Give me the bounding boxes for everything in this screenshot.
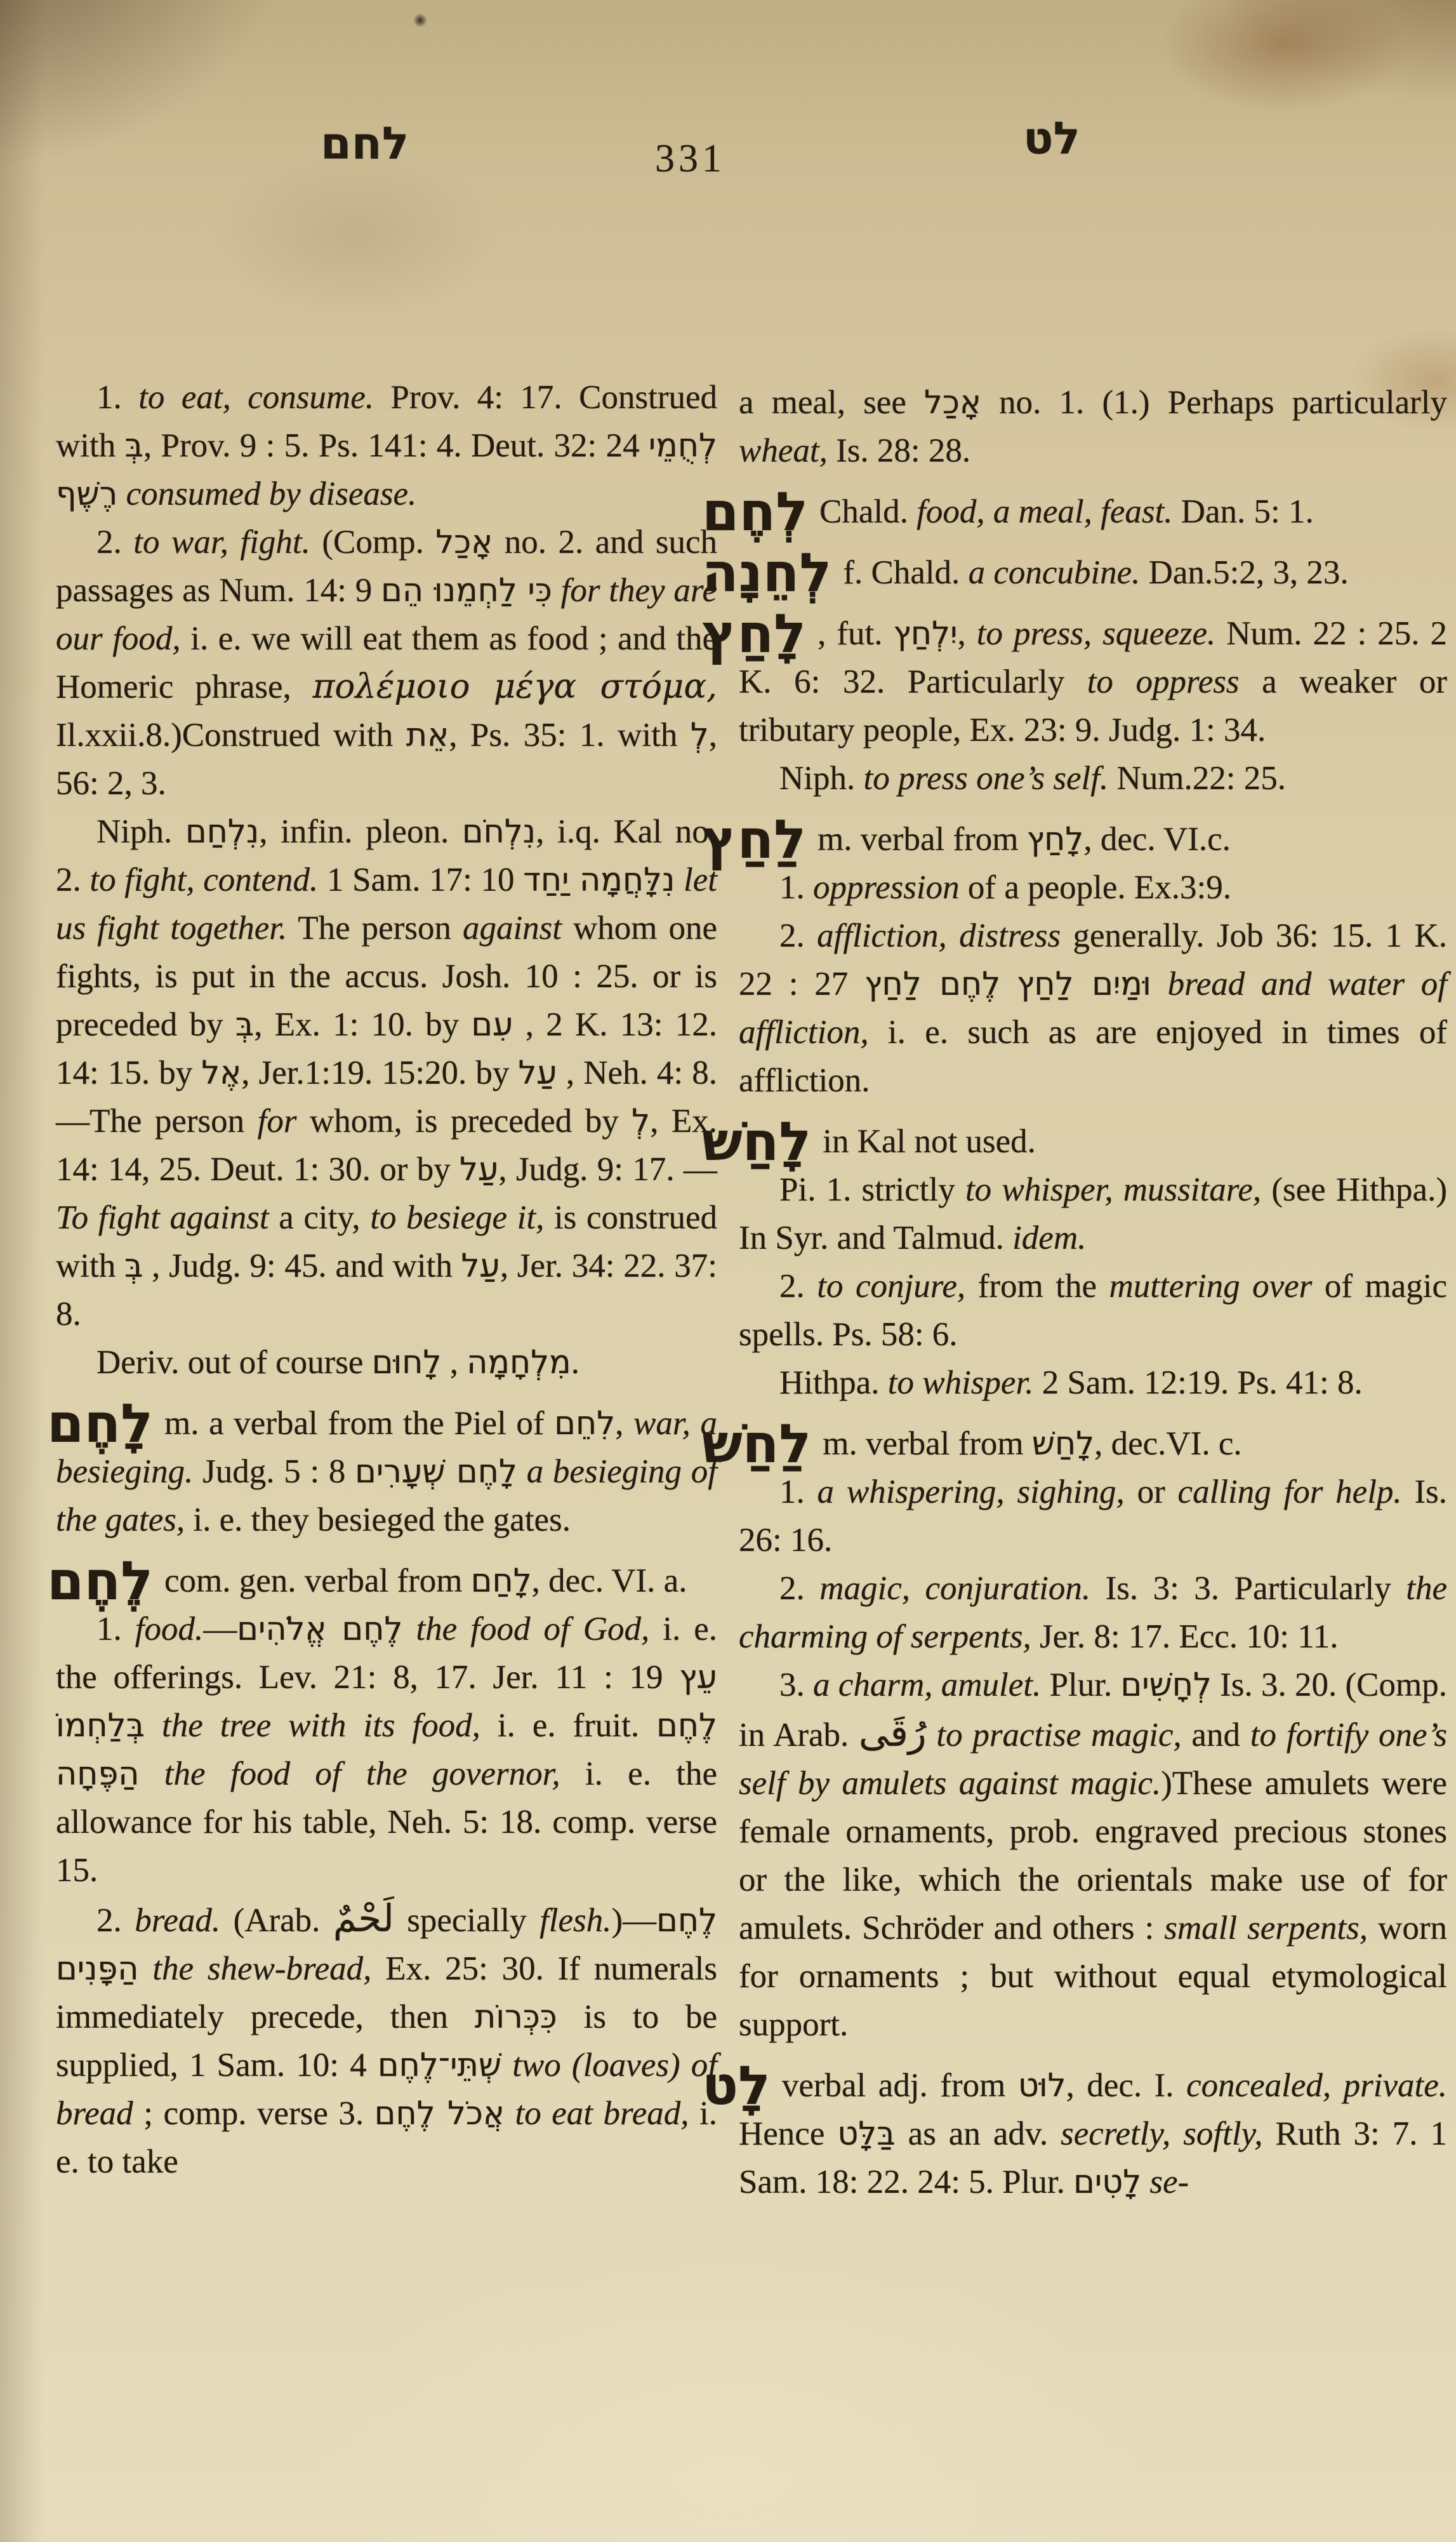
text-segment: עַל	[460, 1150, 498, 1188]
text-segment: no. 1. (1.) Perhaps particularly	[981, 384, 1447, 421]
text-segment: לִחֵם	[554, 1404, 615, 1442]
text-segment: 1.	[779, 869, 813, 906]
paragraph: Niph. to press one’s self. Num.22: 25.	[739, 754, 1447, 802]
text-segment: אָכַל	[924, 383, 981, 421]
paragraph: 2. to war, fight. (Comp. אָכַל no. 2. an…	[56, 518, 717, 808]
page-number: 331	[655, 135, 725, 183]
entry-paragraph: לָחַשׁ in Kal not used.	[739, 1117, 1447, 1166]
hebrew-headword: לָחֶם	[47, 1399, 153, 1447]
text-segment: Is. 3: 3. Particularly	[1090, 1570, 1406, 1607]
text-segment: לָטִים	[1073, 2163, 1141, 2200]
text-segment: )—	[611, 1902, 656, 1939]
hebrew-headword: לֶחֶם	[47, 1557, 153, 1605]
text-segment: m. verbal from	[823, 1425, 1032, 1462]
text-segment: לְחָשִׁים	[1121, 1666, 1212, 1703]
text-segment: to eat, consume.	[138, 379, 374, 416]
text-segment: against	[463, 910, 562, 947]
text-segment: (Comp.	[310, 524, 436, 561]
text-segment: 2 Sam. 12:19. Ps. 41: 8.	[1033, 1364, 1362, 1401]
text-segment: a whispering, sighing,	[817, 1474, 1125, 1510]
text-segment: لَحْمٌ	[333, 1896, 394, 1940]
text-segment: 1.	[779, 1474, 817, 1510]
paragraph: Deriv. out of course לָחוּם , מִלְחָמָה.	[56, 1338, 717, 1387]
text-segment: בְּ	[125, 427, 143, 464]
text-segment: Deriv. out of course	[96, 1344, 372, 1381]
paragraph: 2. affliction, distress generally. Job 3…	[739, 912, 1447, 1105]
text-segment: אֲכֹל לֶחֶם	[374, 2094, 505, 2132]
text-segment: עַל	[519, 1054, 557, 1091]
text-segment: Chald.	[819, 493, 917, 530]
text-segment: idem.	[1012, 1220, 1086, 1256]
text-segment: לָחַשׁ	[1032, 1425, 1094, 1462]
text-segment: f. Chald.	[843, 554, 968, 591]
paragraph: 2. magic, conjuration. Is. 3: 3. Particu…	[739, 1564, 1447, 1661]
entry-paragraph: לֶחֶם com. gen. verbal from לָחַם, dec. …	[56, 1557, 717, 1605]
text-segment: Pi. 1. strictly	[779, 1171, 965, 1208]
text-segment	[505, 2095, 515, 2132]
text-segment	[139, 1950, 153, 1987]
paragraph: Niph. נִלְחַם, infin. pleon. נִלְחֹם, i.…	[56, 808, 717, 1338]
text-segment: a meal, see	[739, 384, 924, 421]
text-segment: verbal adj. from	[782, 2067, 1018, 2104]
text-segment: to whisper.	[888, 1364, 1034, 1401]
text-segment: food, a meal, feast.	[917, 493, 1172, 530]
text-segment: (Arab.	[220, 1902, 333, 1939]
text-segment	[117, 476, 126, 512]
text-segment: לָחֶם שְׁעָרִים	[355, 1453, 517, 1490]
paragraph: 1. a whispering, sighing, or calling for…	[739, 1468, 1447, 1564]
text-segment: bread.	[135, 1902, 220, 1939]
text-segment: to press, squeeze.	[977, 615, 1216, 652]
paragraph: 2. bread. (Arab. لَحْمٌ specially flesh.…	[56, 1894, 717, 2186]
text-segment: , Judg. 9: 17. —	[498, 1151, 717, 1188]
text-segment: concealed, private.	[1186, 2067, 1447, 2104]
text-segment: 1.	[96, 1611, 135, 1647]
text-segment: calling for help.	[1178, 1474, 1402, 1510]
entry-paragraph: לַחַץ m. verbal from לָחַץ, dec. VI.c.	[739, 815, 1447, 863]
paragraph: a meal, see אָכַל no. 1. (1.) Perhaps pa…	[739, 378, 1447, 475]
hebrew-headword: לַחַשׁ	[702, 1420, 811, 1468]
text-segment: , dec. VI. a.	[532, 1562, 687, 1599]
text-segment: to eat bread,	[515, 2095, 689, 2132]
text-segment: رُقَى	[859, 1711, 927, 1755]
text-segment: Niph.	[779, 760, 864, 797]
text-segment: small serpents,	[1164, 1910, 1368, 1946]
paragraph: Hithpa. to whisper. 2 Sam. 12:19. Ps. 41…	[739, 1359, 1447, 1407]
text-segment: as an adv.	[896, 2115, 1061, 2152]
text-segment: The person	[287, 910, 463, 947]
text-segment: 2.	[779, 1268, 817, 1305]
text-segment: 1 Sam. 17: 10	[318, 862, 523, 898]
text-segment: אָכַל	[435, 523, 493, 561]
text-segment	[145, 1707, 162, 1744]
hebrew-headword: לָחַשׁ	[702, 1117, 811, 1166]
text-segment: to conjure,	[817, 1268, 965, 1305]
text-segment: , Prov. 9 : 5. Ps. 141: 4. Deut. 32: 24	[143, 427, 649, 464]
text-segment: נִלְחֹם	[462, 813, 536, 850]
text-segment: secretly, softly,	[1061, 2115, 1262, 2152]
text-segment: ,	[957, 615, 976, 652]
text-segment: Hence	[739, 2115, 837, 2152]
text-segment: for	[258, 1103, 297, 1140]
text-segment: magic, conjuration.	[819, 1570, 1090, 1607]
text-segment: .	[571, 1344, 579, 1381]
text-segment: לָחַם	[471, 1562, 532, 1599]
text-segment: עִם	[471, 1006, 513, 1043]
text-segment: of a people. Ex.3:9.	[960, 869, 1231, 906]
text-segment: to war, fight.	[133, 524, 310, 561]
text-segment: , dec.VI. c.	[1094, 1425, 1242, 1462]
text-segment: לְ	[691, 716, 709, 754]
text-segment: to fight, contend.	[89, 862, 318, 898]
text-segment: נִלָּחֲמָה יַחַד	[523, 861, 675, 898]
text-segment: וּמַיִם לַחַץ	[1017, 965, 1151, 1002]
text-segment: 2.	[96, 1902, 135, 1939]
text-segment: לֶחֶם לַחַץ	[864, 965, 1000, 1002]
text-segment: עַל	[461, 1247, 500, 1284]
text-segment: בַּלָּט	[837, 2115, 895, 2152]
text-segment: Num.22: 25.	[1108, 760, 1286, 797]
paragraph: 1. food.—לֶחֶם אֱלֹהִים the food of God,…	[56, 1605, 717, 1894]
text-segment: שְׁתֵּי־לֶחֶם	[378, 2046, 501, 2084]
text-segment: i. e. fruit.	[480, 1707, 656, 1744]
text-segment: muttering over	[1109, 1268, 1313, 1305]
text-segment: Niph.	[96, 813, 185, 850]
text-segment: לוּט	[1018, 2066, 1066, 2104]
text-segment: 1.	[96, 379, 138, 416]
text-segment: Judg. 5 : 8	[193, 1453, 355, 1490]
paragraph: 3. a charm, amulet. Plur. לְחָשִׁים Is. …	[739, 1661, 1447, 2049]
text-segment: יִלְחַץ	[893, 615, 957, 652]
text-segment: com. gen. verbal from	[164, 1562, 471, 1599]
hebrew-headword: לַחַץ	[702, 815, 806, 863]
text-segment: the food of the governor,	[164, 1755, 560, 1792]
header-catchword-right: לט	[1023, 114, 1080, 163]
text-segment	[675, 862, 684, 898]
text-segment: ; comp. verse 3.	[133, 2095, 374, 2132]
text-segment	[927, 1717, 937, 1753]
text-segment: לָחוּם	[372, 1343, 442, 1381]
text-segment: to practise magic,	[936, 1717, 1181, 1753]
text-segment: Plur.	[1041, 1667, 1120, 1703]
text-segment: affliction, distress	[817, 917, 1061, 954]
text-segment: πολέμοιο μέγα στόμα,	[313, 667, 717, 706]
text-segment	[552, 572, 561, 609]
text-segment	[1141, 2164, 1149, 2200]
text-segment: נִלְחַם	[185, 813, 259, 850]
text-segment: food.	[135, 1611, 203, 1647]
text-segment: כִּכְּרוֹת	[475, 1998, 557, 2035]
text-segment: , dec. VI.c.	[1083, 821, 1231, 858]
text-segment: Hithpa.	[779, 1364, 888, 1401]
hebrew-headword: לְחֵנָה	[702, 549, 831, 597]
text-segment: and	[1182, 1717, 1250, 1753]
text-segment	[1000, 966, 1017, 1002]
entry-paragraph: לָט verbal adj. from לוּט, dec. I. conce…	[739, 2061, 1447, 2206]
text-segment: To fight against	[56, 1199, 269, 1236]
entry-paragraph: לְחֵנָה f. Chald. a concubine. Dan.5:2, …	[739, 549, 1447, 597]
text-segment: ,	[441, 1344, 467, 1381]
right-column: a meal, see אָכַל no. 1. (1.) Perhaps pa…	[739, 378, 1447, 2206]
text-segment: from the	[965, 1268, 1109, 1305]
entry-paragraph: לְחֶם Chald. food, a meal, feast. Dan. 5…	[739, 488, 1447, 536]
text-segment: מִלְחָמָה	[467, 1343, 571, 1381]
text-segment: ,	[615, 1405, 633, 1442]
text-segment: אֶל	[201, 1054, 241, 1091]
text-segment: אֵת	[406, 716, 449, 754]
text-segment: , fut.	[817, 615, 893, 652]
text-segment: , Judg. 9: 45. and with	[143, 1248, 461, 1284]
text-segment: to whisper, mussitare,	[965, 1171, 1261, 1208]
text-segment	[501, 2047, 512, 2084]
text-segment: לָחַץ	[1027, 820, 1084, 858]
text-segment: Jer. 8: 17. Ecc. 10: 11.	[1031, 1618, 1339, 1655]
text-segment: , dec. I.	[1066, 2067, 1186, 2104]
header-catchword-left: לחם	[321, 119, 409, 168]
text-segment	[1151, 966, 1168, 1002]
paragraph: Pi. 1. strictly to whisper, mussitare, (…	[739, 1166, 1447, 1262]
text-segment: flesh.	[539, 1902, 611, 1939]
text-segment: m. verbal from	[817, 821, 1027, 858]
text-segment: לֶחֶם אֱלֹהִים	[237, 1610, 402, 1647]
text-segment: Dan. 5: 1.	[1172, 493, 1313, 530]
text-segment: כִּי לַחְמֵנוּ הֵם	[381, 571, 552, 609]
text-segment: Is. 28: 28.	[828, 432, 970, 469]
paragraph: 2. to conjure, from the muttering over o…	[739, 1262, 1447, 1359]
text-segment: to besiege it,	[370, 1199, 544, 1236]
entry-paragraph: לַחַשׁ m. verbal from לָחַשׁ, dec.VI. c.	[739, 1420, 1447, 1468]
text-segment: i. e. they besieged the gates.	[185, 1501, 571, 1538]
text-segment	[517, 1453, 527, 1490]
text-segment: בְּ	[124, 1247, 143, 1284]
text-segment: in Kal not used.	[823, 1123, 1036, 1160]
text-segment: 3.	[779, 1667, 813, 1703]
text-segment: a concubine.	[969, 554, 1141, 591]
text-segment: whom, is preceded by	[297, 1103, 632, 1140]
text-segment: the shew-bread,	[152, 1950, 371, 1987]
text-segment: 2.	[96, 524, 133, 561]
text-segment: , Ex. 1: 10. by	[254, 1006, 471, 1043]
text-segment: se-	[1149, 2164, 1189, 2200]
text-segment: 2.	[779, 1570, 819, 1607]
text-segment: a city,	[269, 1199, 371, 1236]
text-segment: or	[1125, 1474, 1178, 1510]
text-segment: to oppress	[1087, 663, 1240, 700]
text-segment: consumed by disease.	[126, 476, 417, 512]
text-segment: Dan.5:2, 3, 23.	[1140, 554, 1348, 591]
text-segment: , Jer.1:19. 15:20. by	[241, 1055, 518, 1091]
text-segment: the tree with its food,	[162, 1707, 480, 1744]
text-segment: to press one’s self.	[864, 760, 1109, 797]
text-segment: 2.	[779, 917, 817, 954]
entry-paragraph: לָחֶם m. a verbal from the Piel of לִחֵם…	[56, 1399, 717, 1544]
text-segment: the food of God,	[416, 1611, 649, 1647]
paragraph: 1. oppression of a people. Ex.3:9.	[739, 863, 1447, 912]
text-segment: specially	[394, 1902, 539, 1939]
text-segment: wheat,	[739, 432, 828, 469]
hebrew-headword: לָט	[702, 2061, 771, 2110]
text-segment: בְּ	[235, 1006, 254, 1043]
text-segment	[140, 1755, 164, 1792]
scanned-lexicon-page: לחם 331 לט 1. to eat, consume. Prov. 4: …	[0, 0, 1456, 2542]
text-segment: , Ps. 35: 1. with	[449, 717, 691, 754]
text-segment	[402, 1611, 416, 1647]
text-segment: , infin. pleon.	[259, 813, 462, 850]
text-segment: a charm, amulet.	[813, 1667, 1041, 1703]
left-column: 1. to eat, consume. Prov. 4: 17. Constru…	[56, 373, 717, 2186]
text-segment: —	[203, 1611, 237, 1647]
paragraph: 1. to eat, consume. Prov. 4: 17. Constru…	[56, 373, 717, 518]
text-segment: לְ	[632, 1102, 650, 1140]
hebrew-headword: לְחֶם	[702, 488, 808, 536]
text-segment: oppression	[813, 869, 960, 906]
text-segment: Il.xxii.8.)Construed with	[56, 717, 406, 754]
entry-paragraph: לָחַץ, fut. יִלְחַץ, to press, squeeze. …	[739, 609, 1447, 754]
text-segment: m. a verbal from the Piel of	[164, 1405, 554, 1442]
hebrew-headword: לָחַץ	[702, 609, 806, 658]
